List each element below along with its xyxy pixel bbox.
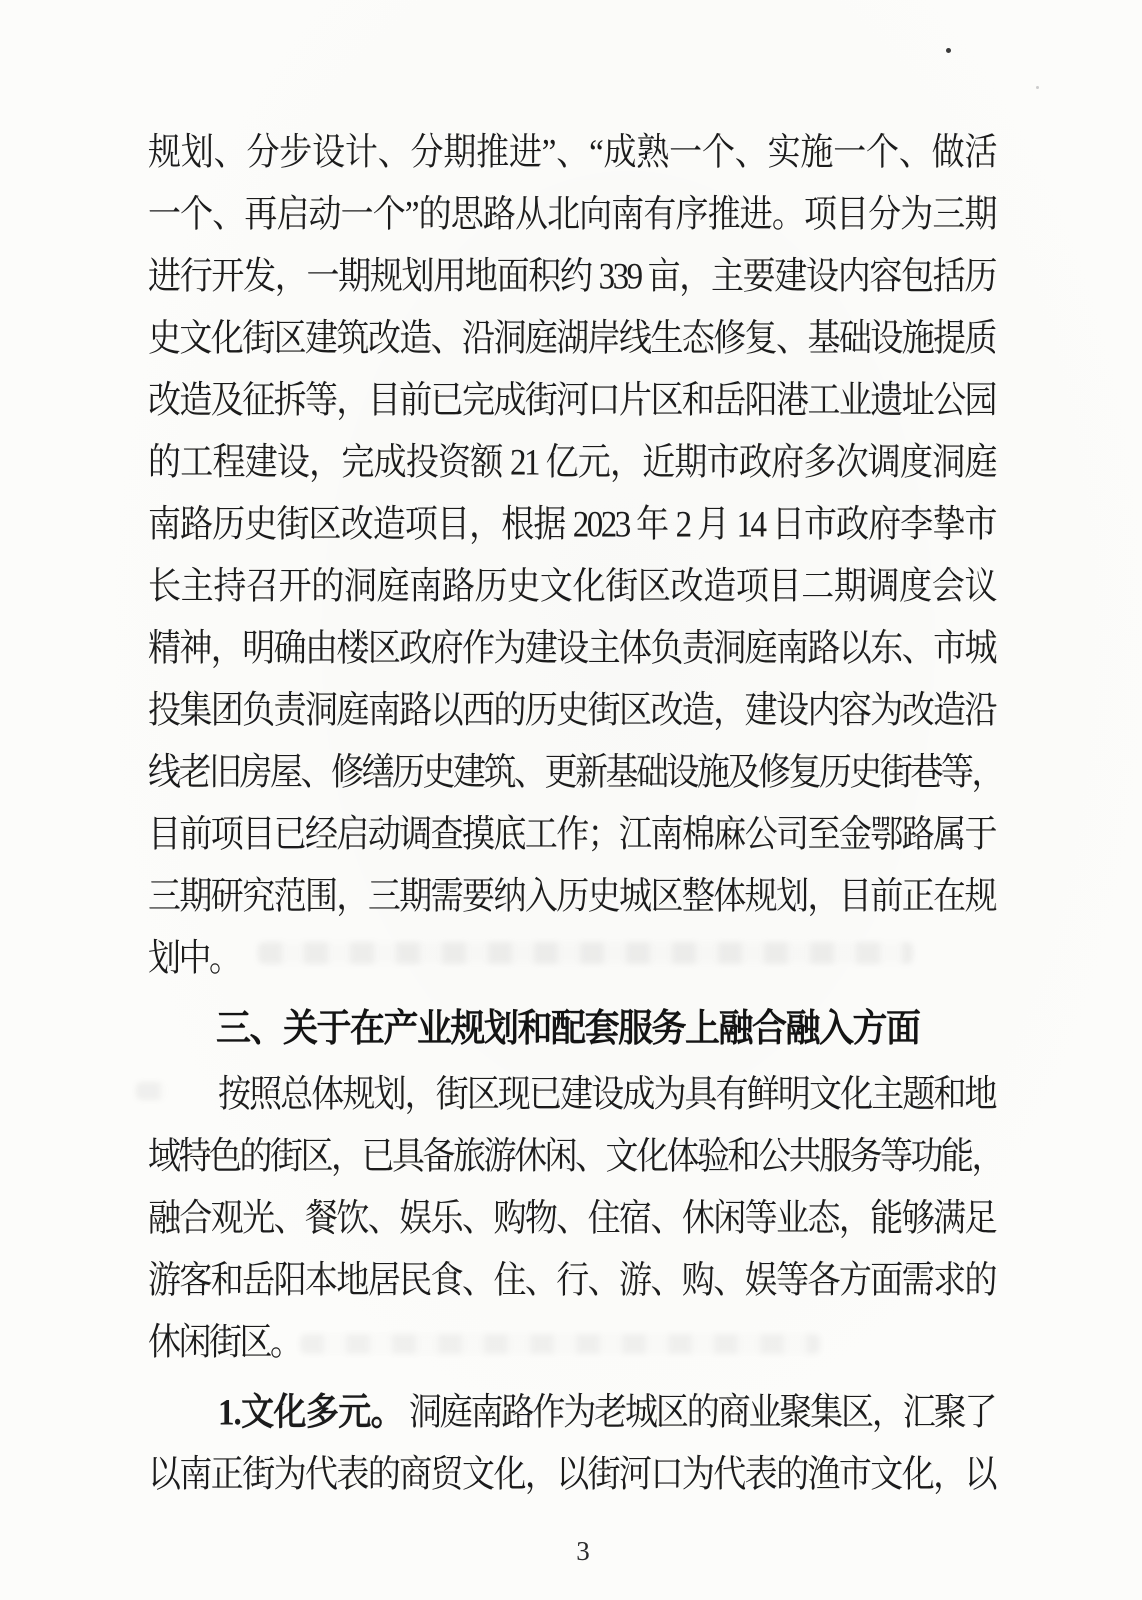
- body-line: 规划、分步设计、分期推进”、“成熟一个、实施一个、做活: [148, 118, 995, 188]
- body-line: 长主持召开的洞庭南路历史文化街区改造项目二期调度会议: [148, 552, 995, 622]
- document-body: 规划、分步设计、分期推进”、“成熟一个、实施一个、做活 一个、再启动一个”的思路…: [148, 122, 995, 1506]
- body-line: 的工程建设，完成投资额 21 亿元，近期市政府多次调度洞庭: [148, 428, 995, 498]
- body-line-text: 洞庭南路作为老城区的商业聚集区，汇聚了: [409, 1393, 995, 1434]
- body-line: 以南正街为代表的商贸文化，以街河口为代表的渔市文化，以: [148, 1440, 995, 1510]
- scanned-document-page: 规划、分步设计、分期推进”、“成熟一个、实施一个、做活 一个、再启动一个”的思路…: [0, 0, 1142, 1600]
- body-line: 休闲街区。: [148, 1308, 995, 1378]
- body-line: 域特色的街区，已具备旅游休闲、文化体验和公共服务等功能，: [148, 1122, 995, 1192]
- body-line: 改造及征拆等，目前已完成街河口片区和岳阳港工业遗址公园: [148, 366, 995, 436]
- body-line: 投集团负责洞庭南路以西的历史街区改造，建设内容为改造沿: [148, 676, 995, 746]
- body-line: 史文化街区建筑改造、沿洞庭湖岸线生态修复、基础设施提质: [148, 304, 995, 374]
- body-line: 一个、再启动一个”的思路从北向南有序推进。项目分为三期: [148, 180, 995, 250]
- paragraph-2: 按照总体规划，街区现已建设成为具有鲜明文化主题和地 域特色的街区，已具备旅游休闲…: [148, 1064, 995, 1374]
- body-line: 南路历史街区改造项目，根据 2023 年 2 月 14 日市政府李挚市: [148, 490, 995, 560]
- page-footer: 3: [0, 1536, 1142, 1567]
- body-line: 线老旧房屋、修缮历史建筑、更新基础设施及修复历史街巷等，: [148, 738, 995, 808]
- scan-speck-dot: [1036, 86, 1039, 89]
- section-heading: 三、关于在产业规划和配套服务上融合融入方面: [148, 996, 995, 1063]
- page-number: 3: [576, 1536, 590, 1567]
- body-line: 目前项目已经启动调查摸底工作；江南棉麻公司至金鄂路属于: [148, 800, 995, 870]
- body-line: 融合观光、餐饮、娱乐、购物、住宿、休闲等业态，能够满足: [148, 1184, 995, 1254]
- body-line: 进行开发，一期规划用地面积约 339 亩，主要建设内容包括历: [148, 242, 995, 312]
- scan-speck-dot: [946, 48, 951, 53]
- body-line: 精神，明确由楼区政府作为建设主体负责洞庭南路以东、市城: [148, 614, 995, 684]
- body-line: 游客和岳阳本地居民食、住、行、游、购、娱等各方面需求的: [148, 1246, 995, 1316]
- body-line: 按照总体规划，街区现已建设成为具有鲜明文化主题和地: [148, 1060, 995, 1130]
- body-line: 划中。: [148, 924, 995, 994]
- paragraph-1: 规划、分步设计、分期推进”、“成熟一个、实施一个、做活 一个、再启动一个”的思路…: [148, 122, 995, 990]
- paragraph-3: 1.文化多元。洞庭南路作为老城区的商业聚集区，汇聚了 以南正街为代表的商贸文化，…: [148, 1382, 995, 1506]
- body-line: 三期研究范围，三期需要纳入历史城区整体规划，目前正在规: [148, 862, 995, 932]
- numbered-point-label: 1.文化多元。: [218, 1393, 409, 1434]
- body-line: 1.文化多元。洞庭南路作为老城区的商业聚集区，汇聚了: [148, 1378, 995, 1448]
